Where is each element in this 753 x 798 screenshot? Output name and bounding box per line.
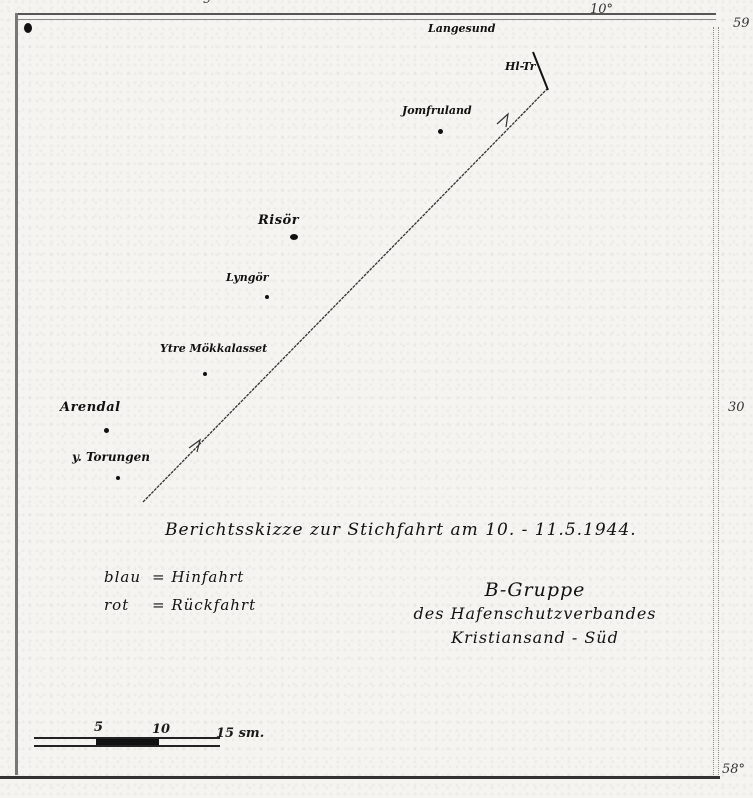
place-arendal: Arendal xyxy=(60,400,121,415)
issuer-block: B-Gruppe des Hafenschutzverbandes Kristi… xyxy=(400,578,670,650)
place-marker-risor xyxy=(290,234,298,240)
scale-label-15: 15 sm. xyxy=(216,726,264,741)
place-langesund: Langesund xyxy=(428,22,495,35)
place-lyngor: Lyngör xyxy=(226,271,269,284)
scale-label-10: 10 xyxy=(152,722,170,737)
place-risor: Risör xyxy=(258,213,299,228)
place-ytre-mokkalasset: Ytre Mökkalasset xyxy=(160,342,267,355)
legend-red-value: = Rückfahrt xyxy=(152,596,256,614)
place-marker-jomfruland xyxy=(438,129,443,134)
place-marker-y-torungen xyxy=(116,476,120,480)
legend-blue-label: blau xyxy=(104,568,141,586)
map-title: Berichtsskizze zur Stichfahrt am 10. - 1… xyxy=(165,520,637,540)
place-jomfruland: Jomfruland xyxy=(402,104,472,117)
issuer-line-3: Kristiansand - Süd xyxy=(400,626,670,650)
place-marker-lyngor xyxy=(265,295,269,299)
legend-blue-value: = Hinfahrt xyxy=(152,568,244,586)
route-line xyxy=(0,0,753,798)
place-y-torungen: y. Torungen xyxy=(72,450,150,464)
issuer-line-2: des Hafenschutzverbandes xyxy=(400,602,670,626)
place-hl-tr: Hl-Tr xyxy=(505,60,536,73)
legend-red-label: rot xyxy=(104,596,129,614)
place-marker-ytre-mokkalasset xyxy=(203,372,207,376)
scale-bar xyxy=(34,737,220,747)
issuer-line-1: B-Gruppe xyxy=(400,578,670,602)
scale-label-5: 5 xyxy=(94,720,103,735)
place-marker-arendal xyxy=(104,428,109,433)
